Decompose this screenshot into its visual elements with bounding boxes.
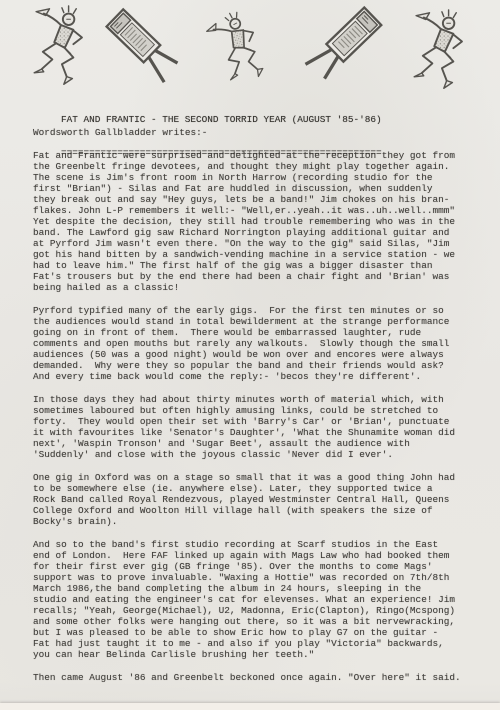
paragraph-6: Then came August '86 and Greenbelt becko… (33, 672, 483, 683)
dancing-man-icon (394, 8, 486, 94)
page-title: FAT AND FRANTIC - THE SECOND TORRID YEAR… (61, 114, 382, 125)
paragraph-1: Fat and Frantic were surprised and delig… (33, 150, 483, 293)
article-body: Wordsworth Gallbladder writes:- Fat and … (33, 127, 483, 695)
dancing-man-icon (14, 4, 106, 90)
matchbox-with-matches-icon (288, 0, 394, 94)
scanned-document-page: FAT AND FRANTIC - THE SECOND TORRID YEAR… (0, 0, 500, 710)
scanner-bed-edge (0, 703, 500, 710)
paragraph-2: Pyrford typified many of the early gigs.… (33, 305, 483, 382)
paragraph-4: One gig in Oxford was on a stage so smal… (33, 472, 483, 527)
byline: Wordsworth Gallbladder writes:- (33, 127, 483, 138)
matchbox-with-matches-icon (94, 2, 198, 94)
paragraph-3: In those days they had about thirty minu… (33, 394, 483, 460)
paragraph-5: And so to the band's first studio record… (33, 539, 483, 660)
header-artwork (0, 0, 500, 96)
dancing-man-crouched-icon (202, 10, 278, 88)
